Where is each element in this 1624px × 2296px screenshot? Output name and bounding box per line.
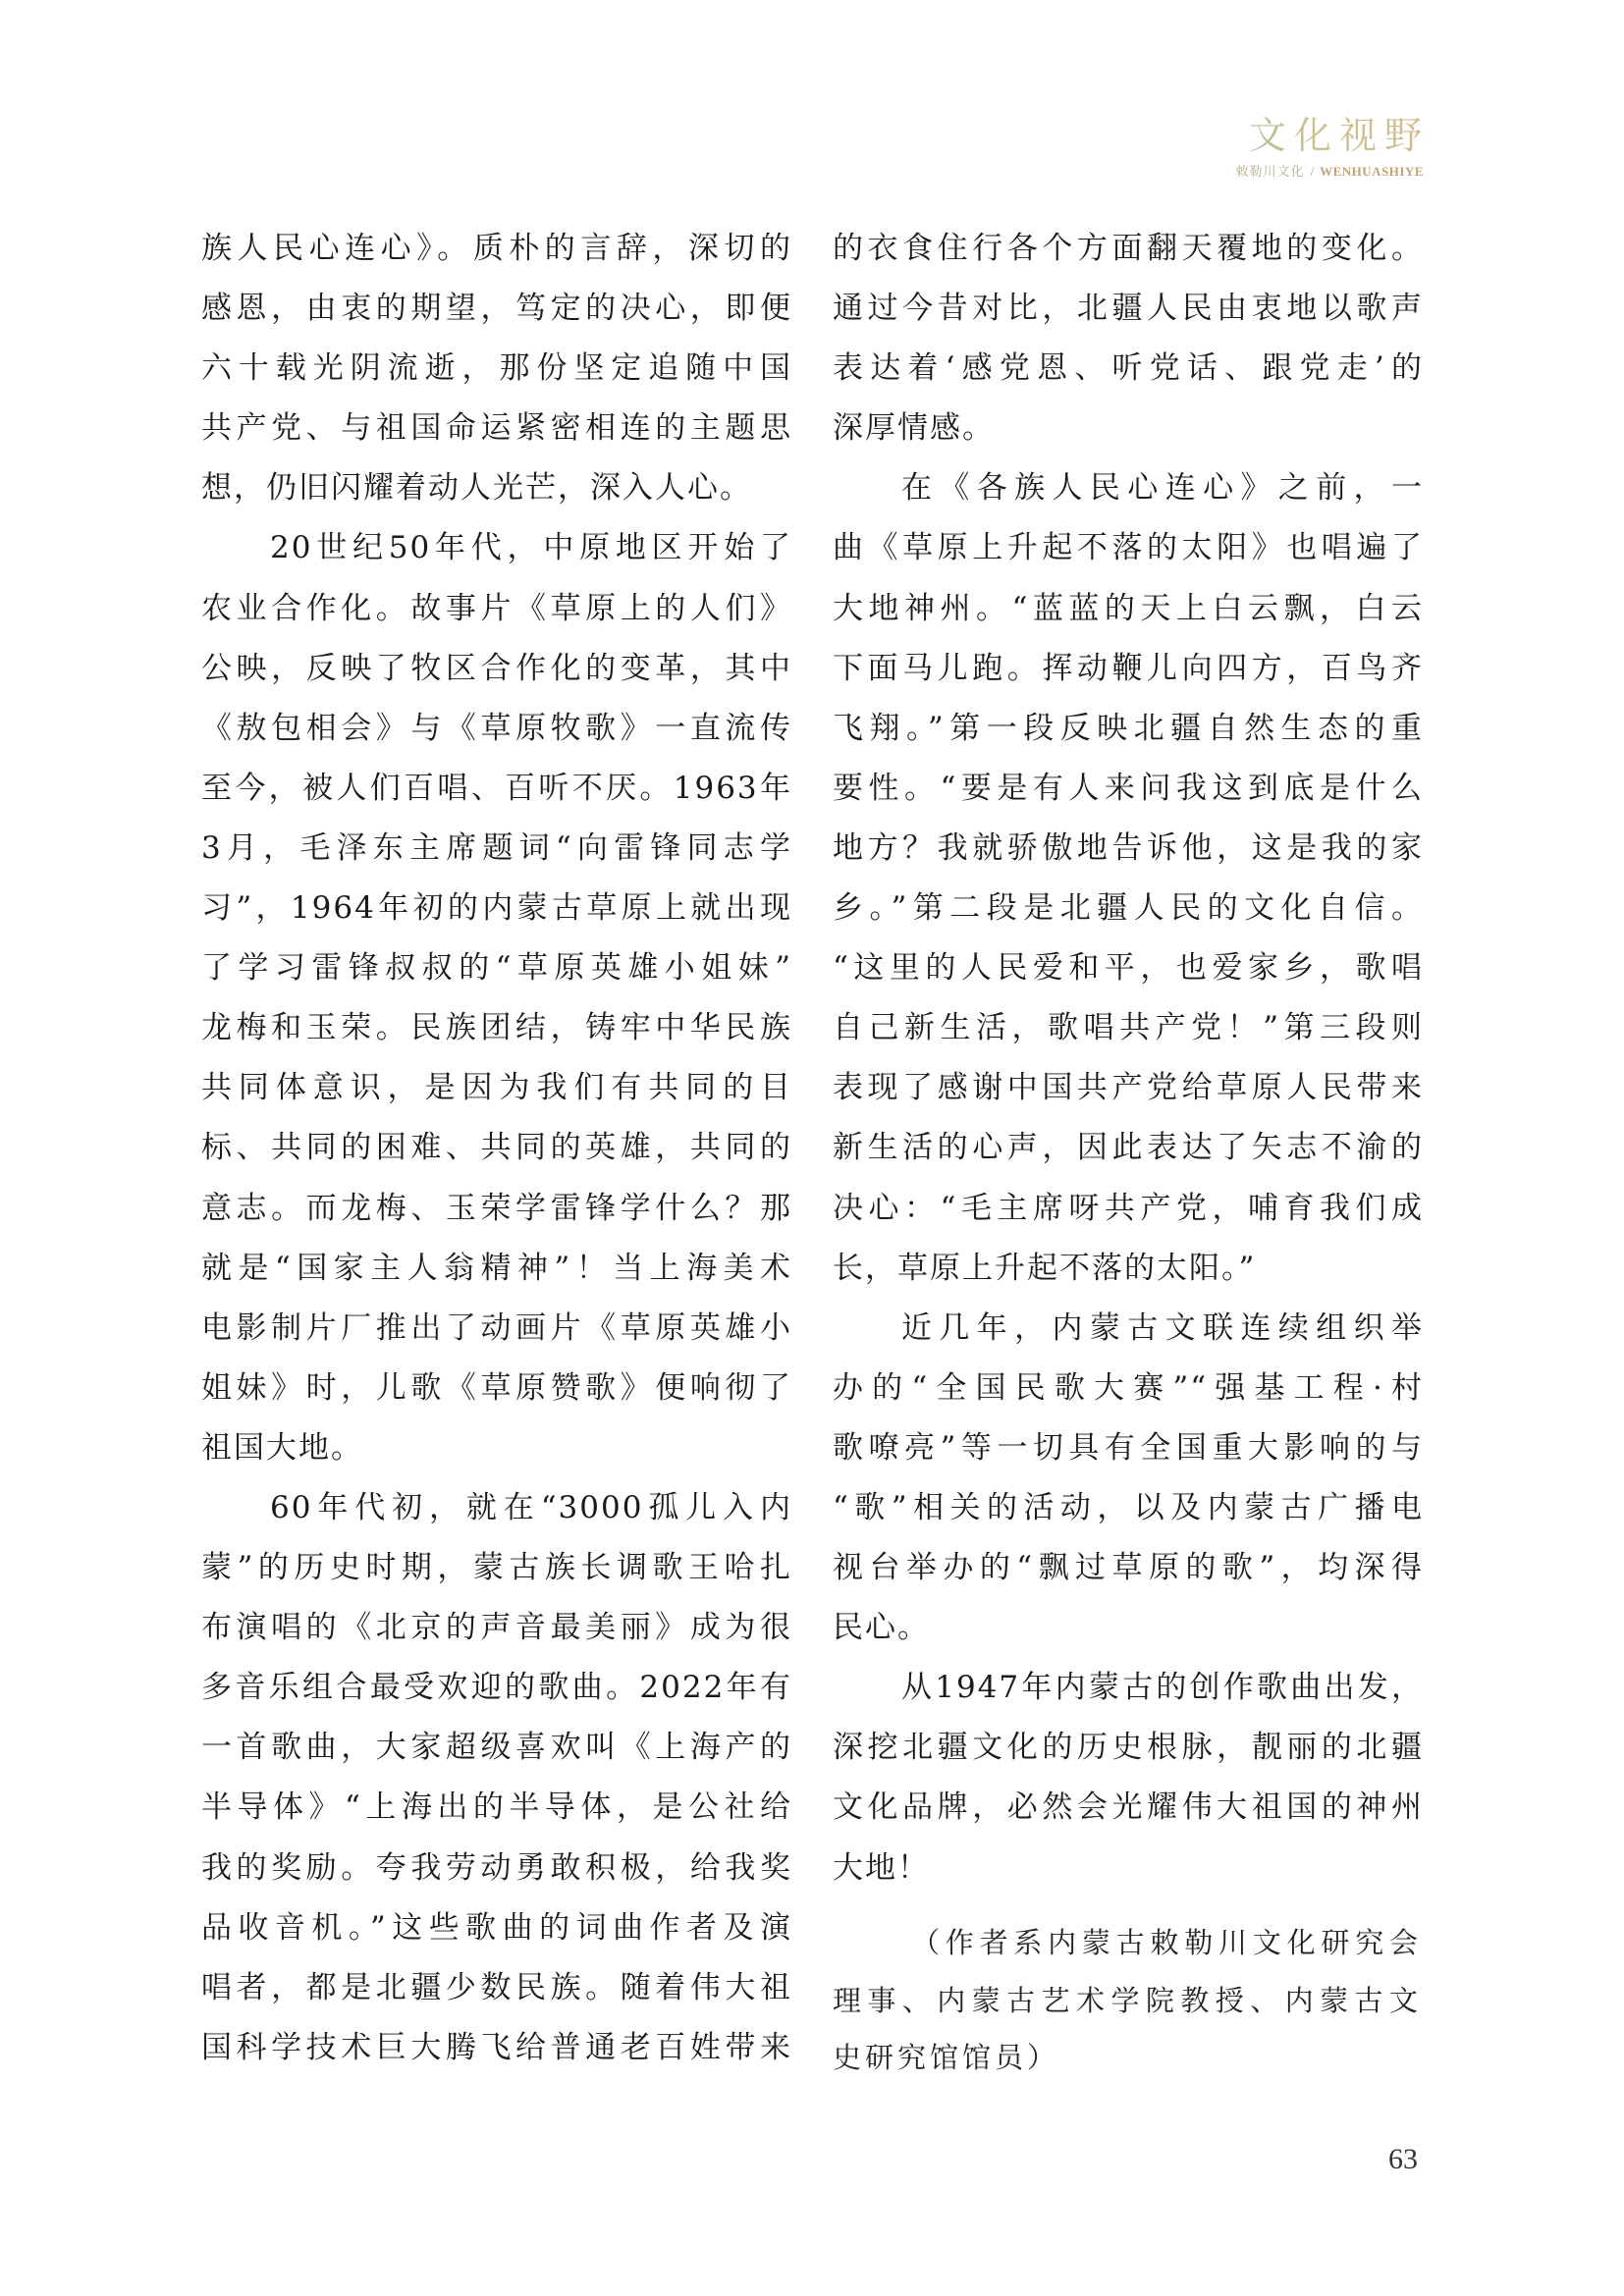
text-line: “歌”相关的活动，以及内蒙古广播电 xyxy=(833,1483,1424,1543)
text-line: 的衣食住行各个方面翻天覆地的变化。 xyxy=(833,224,1424,284)
text-line: 蒙”的历史时期，蒙古族长调歌王哈扎 xyxy=(201,1543,792,1603)
text-line: 习”，1964年初的内蒙古草原上就出现 xyxy=(201,883,792,943)
text-line: 龙梅和玉荣。民族团结，铸牢中华民族 xyxy=(201,1003,792,1063)
text-line: 视台举办的“飘过草原的歌”，均深得 xyxy=(833,1543,1424,1603)
text-line: 歌嘹亮”等一切具有全国重大影响的与 xyxy=(833,1423,1424,1483)
text-line: 就是“国家主人翁精神”！当上海美术 xyxy=(201,1244,792,1304)
author-note-line: （作者系内蒙古敕勒川文化研究会 xyxy=(833,1920,1422,1978)
text-line: 3月，毛泽东主席题词“向雷锋同志学 xyxy=(201,824,792,883)
text-line: 地方？我就骄傲地告诉他，这是我的家 xyxy=(833,824,1424,883)
text-line: 共同体意识，是因为我们有共同的目 xyxy=(201,1063,792,1123)
text-line: 意志。而龙梅、玉荣学雷锋学什么？那 xyxy=(201,1184,792,1244)
paragraph-start: 20世纪50年代，中原地区开始了 xyxy=(201,523,792,583)
paragraph-start: 从1947年内蒙古的创作歌曲出发， xyxy=(833,1663,1424,1723)
text-line: 多音乐组合最受欢迎的歌曲。2022年有 xyxy=(201,1663,792,1723)
text-line: 表现了感谢中国共产党给草原人民带来 xyxy=(833,1063,1424,1123)
page-number: 63 xyxy=(1388,2143,1418,2176)
text-line: 我的奖励。夸我劳动勇敢积极，给我奖 xyxy=(201,1843,792,1903)
text-line: 农业合作化。故事片《草原上的人们》 xyxy=(201,584,792,644)
text-line: 长，草原上升起不落的太阳。” xyxy=(833,1244,1424,1304)
right-column: 的衣食住行各个方面翻天覆地的变化。 通过今昔对比，北疆人民由衷地以歌声 表达着‘… xyxy=(833,224,1424,1903)
text-line: 族人民心连心》。质朴的言辞，深切的 xyxy=(201,224,792,284)
author-note: （作者系内蒙古敕勒川文化研究会 理事、内蒙古艺术学院教授、内蒙古文 史研究馆馆员… xyxy=(833,1920,1422,2093)
text-line: 标、共同的困难、共同的英雄，共同的 xyxy=(201,1123,792,1183)
left-column: 族人民心连心》。质朴的言辞，深切的 感恩，由衷的期望，笃定的决心，即便 六十载光… xyxy=(201,224,792,2083)
text-line: 唱者，都是北疆少数民族。随着伟大祖 xyxy=(201,1963,792,2023)
author-note-line: 史研究馆馆员） xyxy=(833,2035,1422,2093)
section-subtitle: 敕勒川文化/WENHUASHIYE xyxy=(1235,163,1424,182)
text-line: 一首歌曲，大家超级喜欢叫《上海产的 xyxy=(201,1723,792,1783)
section-header: 文化视野 敕勒川文化/WENHUASHIYE xyxy=(1235,110,1424,182)
text-line: 了学习雷锋叔叔的“草原英雄小姐妹” xyxy=(201,943,792,1003)
text-line: 深挖北疆文化的历史根脉，靓丽的北疆 xyxy=(833,1723,1424,1783)
text-line: 六十载光阴流逝，那份坚定追随中国 xyxy=(201,344,792,403)
text-line: 大地神州。“蓝蓝的天上白云飘，白云 xyxy=(833,584,1424,644)
text-line: 姐妹》时，儿歌《草原赞歌》便响彻了 xyxy=(201,1363,792,1423)
text-line: 乡。”第二段是北疆人民的文化自信。 xyxy=(833,883,1424,943)
text-line: 半导体》“上海出的半导体，是公社给 xyxy=(201,1783,792,1842)
text-line: 公映，反映了牧区合作化的变革，其中 xyxy=(201,644,792,704)
text-line: 祖国大地。 xyxy=(201,1423,792,1483)
text-line: 布演唱的《北京的声音最美丽》成为很 xyxy=(201,1603,792,1663)
text-line: 飞翔。”第一段反映北疆自然生态的重 xyxy=(833,704,1424,764)
text-line: 要性。“要是有人来问我这到底是什么 xyxy=(833,764,1424,824)
text-line: 深厚情感。 xyxy=(833,403,1424,463)
subtitle-en: WENHUASHIYE xyxy=(1320,164,1424,179)
text-line: 感恩，由衷的期望，笃定的决心，即便 xyxy=(201,284,792,344)
text-line: 共产党、与祖国命运紧密相连的主题思 xyxy=(201,403,792,463)
paragraph-start: 在《各族人民心连心》之前，一 xyxy=(833,463,1424,523)
text-line: 品收音机。”这些歌曲的词曲作者及演 xyxy=(201,1903,792,1963)
section-title: 文化视野 xyxy=(1235,110,1430,161)
text-line: 表达着‘感党恩、听党话、跟党走’的 xyxy=(833,344,1424,403)
author-note-line: 理事、内蒙古艺术学院教授、内蒙古文 xyxy=(833,1978,1422,2036)
text-line: 想，仍旧闪耀着动人光芒，深入人心。 xyxy=(201,463,792,523)
text-line: 决心：“毛主席呀共产党，哺育我们成 xyxy=(833,1184,1424,1244)
text-line: 电影制片厂推出了动画片《草原英雄小 xyxy=(201,1304,792,1363)
subtitle-separator: / xyxy=(1310,164,1314,179)
subtitle-cn: 敕勒川文化 xyxy=(1235,165,1304,180)
text-line: 《敖包相会》与《草原牧歌》一直流传 xyxy=(201,704,792,764)
paragraph-start: 近几年，内蒙古文联连续组织举 xyxy=(833,1304,1424,1363)
text-line: 自己新生活，歌唱共产党！”第三段则 xyxy=(833,1003,1424,1063)
paragraph-start: 60年代初，就在“3000孤儿入内 xyxy=(201,1483,792,1543)
text-line: 办的“全国民歌大赛”“强基工程·村 xyxy=(833,1363,1424,1423)
text-line: 新生活的心声，因此表达了矢志不渝的 xyxy=(833,1123,1424,1183)
text-line: 民心。 xyxy=(833,1603,1424,1663)
text-line: 曲《草原上升起不落的太阳》也唱遍了 xyxy=(833,523,1424,583)
text-line: “这里的人民爱和平，也爱家乡，歌唱 xyxy=(833,943,1424,1003)
text-line: 文化品牌，必然会光耀伟大祖国的神州 xyxy=(833,1783,1424,1842)
text-line: 下面马儿跑。挥动鞭儿向四方，百鸟齐 xyxy=(833,644,1424,704)
text-line: 至今，被人们百唱、百听不厌。1963年 xyxy=(201,764,792,824)
text-line: 国科学技术巨大腾飞给普通老百姓带来 xyxy=(201,2023,792,2083)
text-line: 通过今昔对比，北疆人民由衷地以歌声 xyxy=(833,284,1424,344)
text-line: 大地！ xyxy=(833,1843,1424,1903)
